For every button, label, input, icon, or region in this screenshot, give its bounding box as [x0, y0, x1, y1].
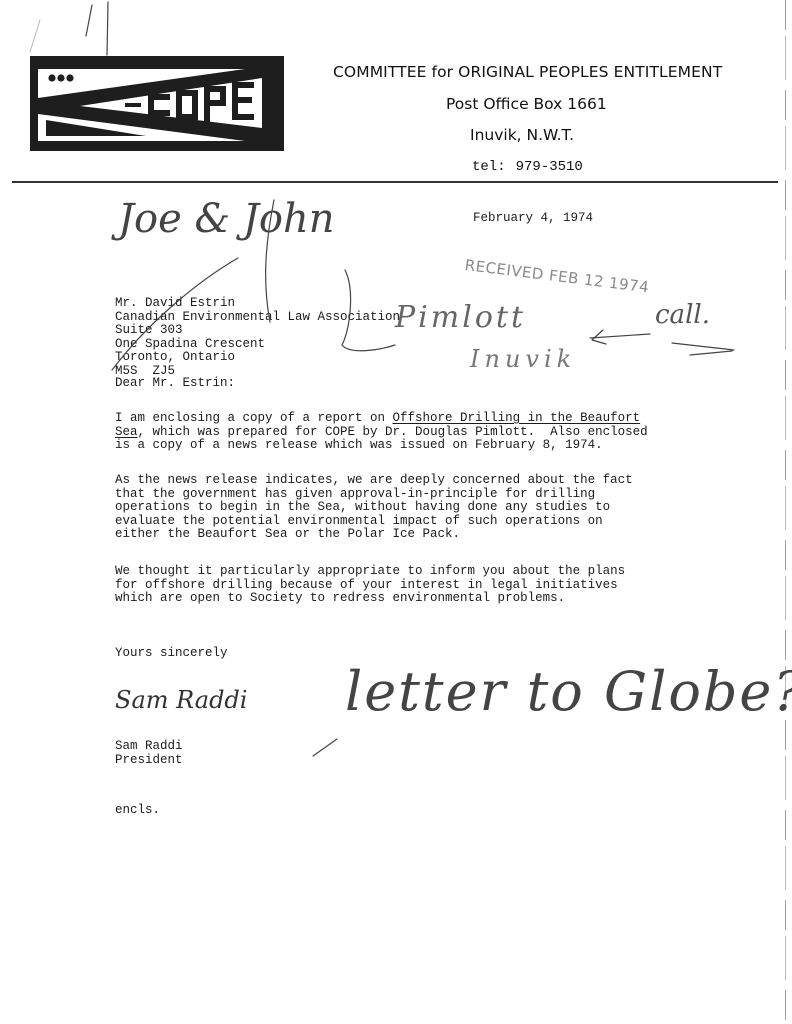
tel-label: tel: — [472, 159, 506, 175]
p2-line: that the government has given approval-i… — [115, 488, 633, 502]
p2-line: either the Beaufort Sea or the Polar Ice… — [115, 528, 633, 542]
p3-line: We thought it particularly appropriate t… — [115, 565, 625, 579]
p1-text: is a copy of a news release which was is… — [115, 439, 648, 453]
paragraph-2: As the news release indicates, we are de… — [115, 474, 633, 542]
p2-line: operations to begin in the Sea, without … — [115, 501, 633, 515]
city: Inuvik, N.W.T. — [470, 126, 574, 144]
recipient-suite: Suite 303 — [115, 324, 400, 338]
handwritten-bottom-note: letter to Globe? — [345, 660, 792, 723]
tel-number: 979-3510 — [516, 159, 583, 175]
p3-line: which are open to Society to redress env… — [115, 592, 625, 606]
scan-edge — [785, 0, 786, 1024]
handwritten-margin-note-inuvik: Inuvik — [470, 345, 576, 373]
recipient-organization: Canadian Environmental Law Association — [115, 311, 400, 325]
paragraph-3: We thought it particularly appropriate t… — [115, 565, 625, 606]
p1-text: , which was prepared for COPE by Dr. Dou… — [138, 425, 648, 439]
letter-page: COMMITTEE for ORIGINAL PEOPLES ENTITLEME… — [0, 0, 792, 1024]
po-box: Post Office Box 1661 — [446, 95, 607, 113]
letter-date: February 4, 1974 — [473, 212, 593, 226]
report-title: Offshore Drilling in the Beaufort — [393, 411, 641, 425]
enclosures-note: encls. — [115, 804, 160, 818]
report-title-cont: Sea — [115, 425, 138, 439]
paragraph-1: I am enclosing a copy of a report on Off… — [115, 412, 648, 453]
header-rule — [12, 181, 778, 183]
handwritten-top-note: Joe & John — [118, 196, 334, 242]
handwritten-margin-note-pimlott: Pimlott — [395, 300, 526, 335]
p1-text: I am enclosing a copy of a report on — [115, 411, 393, 425]
telephone: tel:979-3510 — [472, 159, 583, 175]
salutation: Dear Mr. Estrin: — [115, 377, 235, 391]
signer-name: Sam Raddi — [115, 740, 183, 754]
handwritten-signature: Sam Raddi — [115, 686, 247, 714]
received-stamp: RECEIVED FEB 12 1974 — [464, 256, 650, 296]
p2-line: evaluate the potential environmental imp… — [115, 515, 633, 529]
recipient-address: Mr. David EstrinCanadian Environmental L… — [115, 297, 400, 378]
cope-logo — [30, 56, 284, 151]
handwritten-margin-note-call: call. — [655, 300, 710, 330]
p2-line: As the news release indicates, we are de… — [115, 474, 633, 488]
signer-block: Sam RaddiPresident — [115, 740, 183, 767]
organization-name: COMMITTEE for ORIGINAL PEOPLES ENTITLEME… — [333, 63, 722, 81]
signer-title: President — [115, 754, 183, 768]
p3-line: for offshore drilling because of your in… — [115, 579, 625, 593]
recipient-city: Toronto, Ontario — [115, 351, 400, 365]
closing: Yours sincerely — [115, 647, 228, 661]
recipient-name: Mr. David Estrin — [115, 297, 400, 311]
recipient-street: One Spadina Crescent — [115, 338, 400, 352]
